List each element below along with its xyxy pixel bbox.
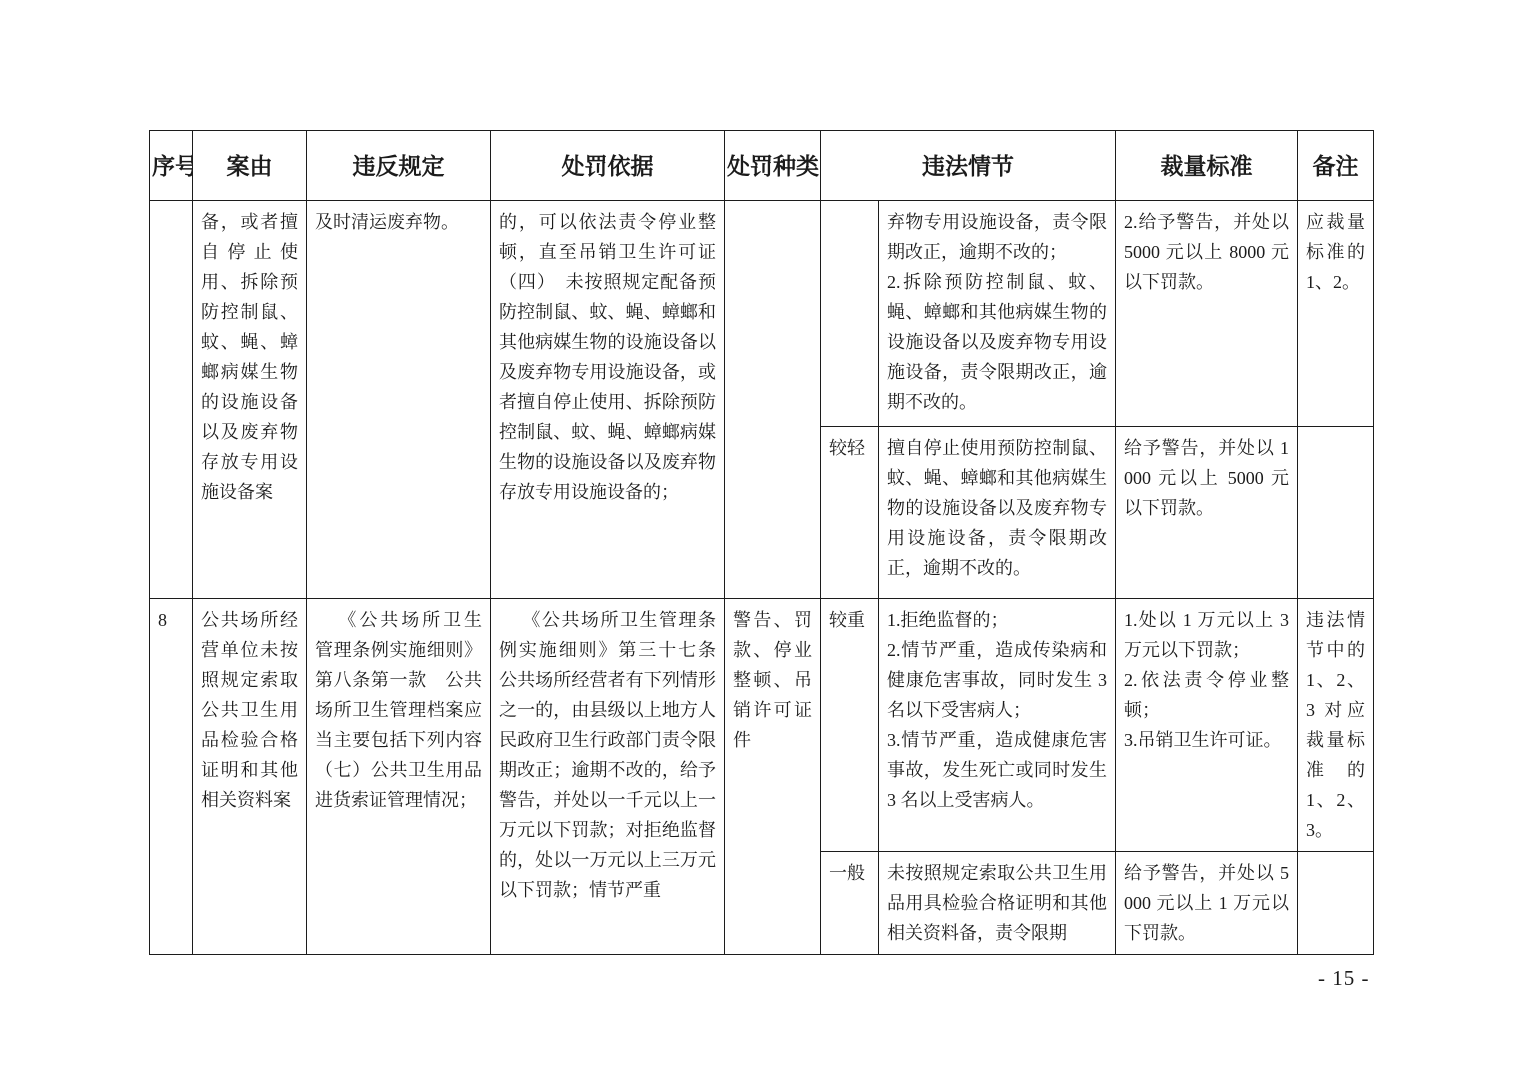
row8-sub1: 8 公共场所经营单位未按照规定索取公共卫生用品检验合格证明和其他相关资料案 《公…	[150, 599, 1374, 852]
document-page: 序号 案由 违反规定 处罚依据 处罚种类 违法情节 裁量标准 备注 备，或者擅自…	[0, 0, 1520, 1074]
cell-row8-sub1-severity: 较重	[821, 599, 879, 852]
cell-row7-violated: 及时清运废弃物。	[307, 201, 491, 599]
header-circumstance: 违法情节	[821, 131, 1116, 201]
cell-row7-basis: 的，可以依法责令停业整顿，直至吊销卫生许可证（四） 未按照规定配备预防控制鼠、蚊…	[491, 201, 725, 599]
cell-row8-sub2-circumstance: 未按照规定索取公共卫生用品用具检验合格证明和其他相关资料备，责令限期	[879, 852, 1116, 955]
cell-row7-sub1-standard: 2.给予警告，并处以 5000 元以上 8000 元以下罚款。	[1116, 201, 1298, 427]
row7-sub1: 备，或者擅自停止使用、拆除预防控制鼠、蚊、蝇、蟑螂病媒生物的设施设备以及废弃物存…	[150, 201, 1374, 427]
page-number: - 15 -	[1318, 966, 1370, 991]
cell-row7-seq	[150, 201, 193, 599]
cell-row7-sub2-circumstance: 擅自停止使用预防控制鼠、蚊、蝇、蟑螂和其他病媒生物的设施设备以及废弃物专用设施设…	[879, 427, 1116, 599]
cell-row7-sub1-severity	[821, 201, 879, 427]
cell-row8-violated: 《公共场所卫生管理条例实施细则》第八条第一款 公共场所卫生管理档案应当主要包括下…	[307, 599, 491, 955]
header-basis: 处罚依据	[491, 131, 725, 201]
header-cause: 案由	[193, 131, 307, 201]
cell-row7-sub1-circumstance: 弃物专用设施设备，责令限期改正，逾期不改的； 2.拆除预防控制鼠、蚊、蝇、蟑螂和…	[879, 201, 1116, 427]
cell-row8-basis: 《公共场所卫生管理条例实施细则》第三十七条 公共场所经营者有下列情形之一的，由县…	[491, 599, 725, 955]
cell-row8-sub2-severity: 一般	[821, 852, 879, 955]
header-penalty-type: 处罚种类	[725, 131, 821, 201]
cell-row7-sub2-severity: 较轻	[821, 427, 879, 599]
cell-row8-sub1-circumstance: 1.拒绝监督的； 2.情节严重，造成传染病和健康危害事故，同时发生 3 名以下受…	[879, 599, 1116, 852]
header-seq: 序号	[150, 131, 193, 201]
header-standard: 裁量标准	[1116, 131, 1298, 201]
cell-row7-cause: 备，或者擅自停止使用、拆除预防控制鼠、蚊、蝇、蟑螂病媒生物的设施设备以及废弃物存…	[193, 201, 307, 599]
cell-row7-remark-empty	[1298, 427, 1374, 599]
table-header-row: 序号 案由 违反规定 处罚依据 处罚种类 违法情节 裁量标准 备注	[150, 131, 1374, 201]
cell-row7-sub2-standard: 给予警告，并处以 1000 元以上 5000 元以下罚款。	[1116, 427, 1298, 599]
cell-row8-sub2-standard: 给予警告，并处以 5000 元以上 1 万元以下罚款。	[1116, 852, 1298, 955]
header-violated: 违反规定	[307, 131, 491, 201]
cell-row8-remark: 违法情节中的 1、2、3 对应裁量标准的 1、2、3。	[1298, 599, 1374, 852]
cell-row8-seq: 8	[150, 599, 193, 955]
cell-row8-remark-empty	[1298, 852, 1374, 955]
penalty-table: 序号 案由 违反规定 处罚依据 处罚种类 违法情节 裁量标准 备注 备，或者擅自…	[149, 130, 1374, 955]
cell-row8-penalty-type: 警告、罚款、停业整顿、吊销许可证件	[725, 599, 821, 955]
cell-row7-penalty-type	[725, 201, 821, 599]
header-remark: 备注	[1298, 131, 1374, 201]
cell-row8-sub1-standard: 1.处以 1 万元以上 3 万元以下罚款； 2.依法责令停业整顿； 3.吊销卫生…	[1116, 599, 1298, 852]
cell-row8-cause: 公共场所经营单位未按照规定索取公共卫生用品检验合格证明和其他相关资料案	[193, 599, 307, 955]
cell-row7-remark: 应裁量标准的 1、2。	[1298, 201, 1374, 427]
